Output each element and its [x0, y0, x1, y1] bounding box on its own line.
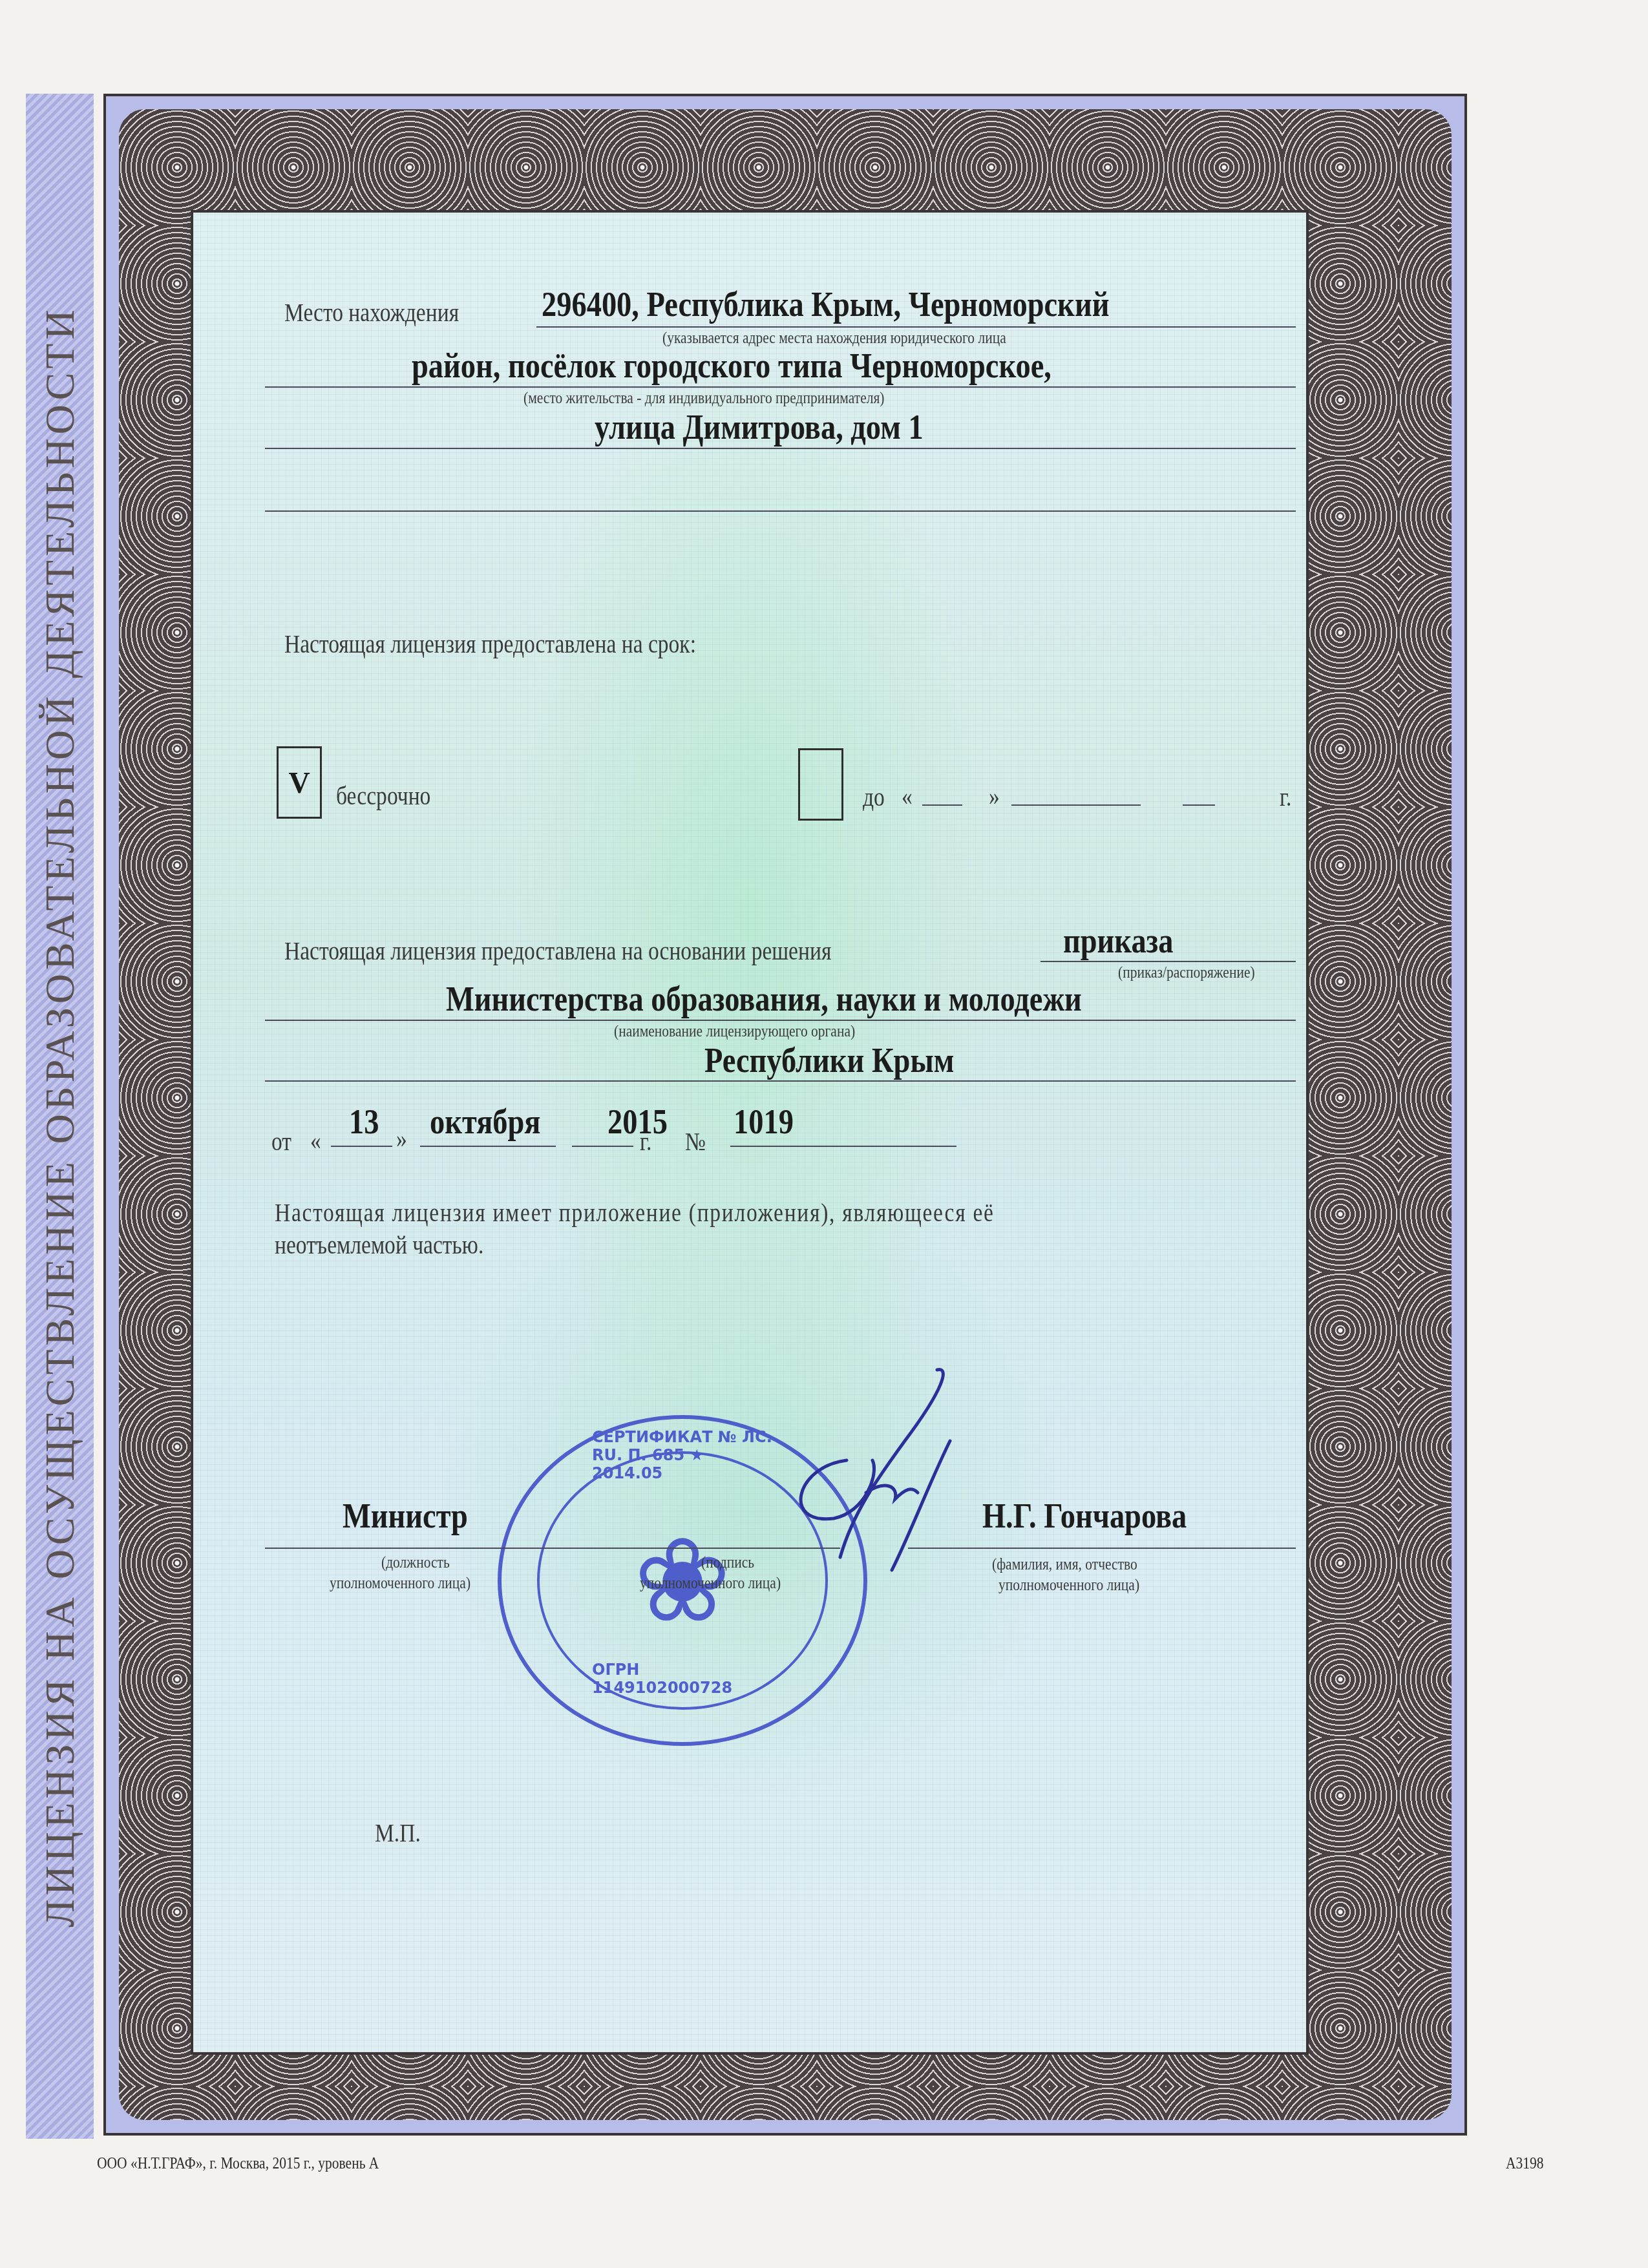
seal-place-label: М.П. [375, 1819, 421, 1848]
underline [265, 1548, 840, 1549]
decision-hint: (приказ/распоряжение) [1118, 964, 1255, 982]
until-day-field[interactable] [922, 804, 962, 806]
signature-hint-1: (подпись [701, 1554, 754, 1572]
underline [265, 386, 1296, 388]
indefinite-checkbox[interactable]: V [277, 746, 322, 819]
decision-type: приказа [1063, 921, 1174, 961]
authority-line-2: Республики Крым [704, 1040, 954, 1080]
location-line-2: район, посёлок городского типа Черноморс… [412, 346, 1051, 386]
underline [420, 1146, 556, 1147]
decision-day: 13 [349, 1102, 379, 1142]
authority-line-1: Министерства образования, науки и молоде… [446, 979, 1082, 1019]
underline [572, 1146, 633, 1147]
year-suffix: г. [1280, 783, 1291, 812]
number-sign: № [685, 1128, 706, 1157]
signature-icon [756, 1363, 969, 1596]
quote-close: » [989, 782, 1000, 811]
underline [1041, 961, 1296, 962]
term-label: Настоящая лицензия предоставлена на срок… [284, 630, 696, 659]
underline [265, 1020, 1296, 1021]
year-suffix: г. [640, 1128, 651, 1157]
appendix-note-line-2: неотъемлемой частью. [275, 1231, 483, 1260]
until-month-field[interactable] [1011, 804, 1141, 806]
check-mark-icon: V [288, 766, 310, 800]
underline [730, 1146, 956, 1147]
underline [536, 326, 1296, 328]
until-date-checkbox[interactable] [798, 748, 843, 821]
quote-close: » [396, 1124, 407, 1153]
appendix-note-line-1: Настоящая лицензия имеет приложение (при… [275, 1199, 995, 1228]
authority-hint: (наименование лицензирующего органа) [614, 1023, 855, 1041]
signature-hint-2: уполномоченного лица) [640, 1575, 781, 1593]
location-hint-2: (место жительства - для индивидуального … [523, 390, 884, 408]
quote-open: « [310, 1126, 321, 1155]
printer-info: ООО «Н.Т.ГРАФ», г. Москва, 2015 г., уров… [97, 2155, 379, 2173]
side-title-band: ЛИЦЕНЗИЯ НА ОСУЩЕСТВЛЕНИЕ ОБРАЗОВАТЕЛЬНО… [26, 94, 94, 2139]
location-line-1: 296400, Республика Крым, Черноморский [542, 284, 1109, 324]
quote-open: « [902, 782, 913, 811]
indefinite-label: бессрочно [336, 782, 430, 811]
decision-month: октября [430, 1102, 540, 1142]
form-serial: А3198 [1506, 2155, 1544, 2173]
name-hint-1: (фамилия, имя, отчество [992, 1556, 1137, 1574]
position-hint-2: уполномоченного лица) [330, 1575, 470, 1593]
until-prefix: до [863, 783, 885, 812]
location-line-3: улица Димитрова, дом 1 [595, 407, 924, 447]
side-title: ЛИЦЕНЗИЯ НА ОСУЩЕСТВЛЕНИЕ ОБРАЗОВАТЕЛЬНО… [36, 306, 84, 1927]
underline [265, 510, 1296, 512]
position-hint-1: (должность [381, 1554, 450, 1572]
basis-label: Настоящая лицензия предоставлена на осно… [284, 937, 831, 966]
seal-ogrn: ОГРН 1149102000728 [592, 1661, 773, 1697]
date-prefix: от [271, 1128, 291, 1157]
underline [265, 1080, 1296, 1082]
official-position: Министр [343, 1496, 468, 1536]
until-year-field[interactable] [1183, 804, 1215, 806]
underline [908, 1548, 1296, 1549]
official-name: Н.Г. Гончарова [982, 1496, 1187, 1536]
decision-year: 2015 [607, 1102, 668, 1142]
location-label: Место нахождения [284, 299, 459, 328]
location-hint-1: (указывается адрес места нахождения юрид… [662, 330, 1006, 348]
decision-number: 1019 [734, 1102, 794, 1142]
seal-cert-text: СЕРТИФИКАТ № ЛС. RU. П. 685 ★ 2014.05 [592, 1428, 773, 1482]
underline [265, 448, 1296, 449]
name-hint-2: уполномоченного лица) [998, 1577, 1139, 1595]
underline [331, 1146, 392, 1147]
